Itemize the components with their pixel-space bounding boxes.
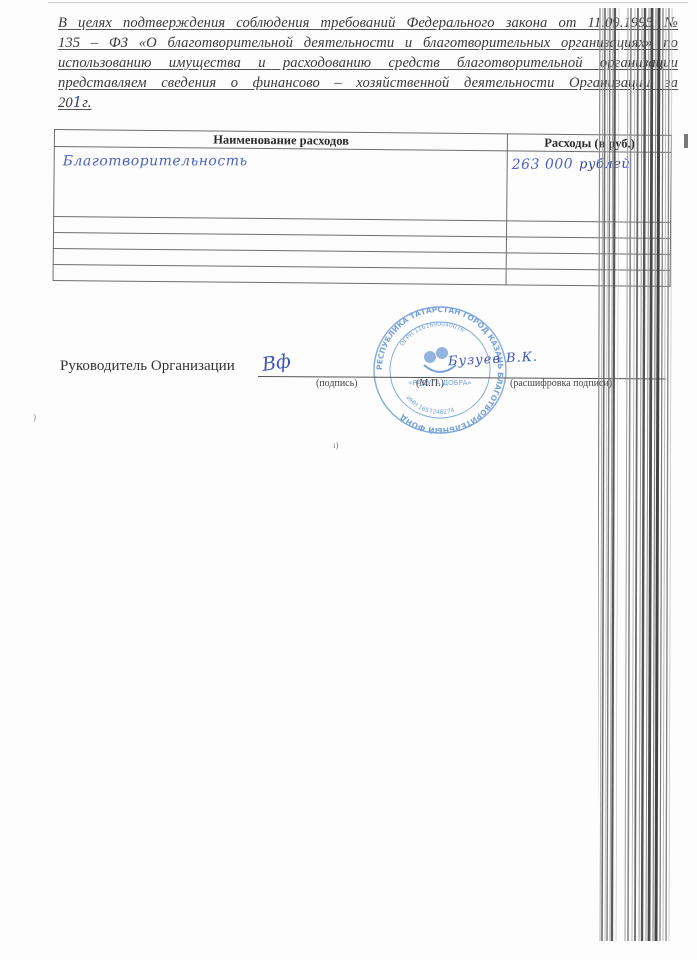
scan-mark (684, 134, 688, 148)
scanner-streak-artifact (598, 8, 688, 941)
intro-line-4: представляем сведения о финансово – хозя… (58, 73, 678, 93)
expense-table: Наименование расходов Расходы (в руб.) Б… (53, 129, 672, 287)
empty-cell (53, 264, 507, 284)
intro-paragraph: В целях подтверждения соблюдения требова… (58, 13, 678, 113)
caption-seal: (М.П.) (416, 378, 444, 389)
scan-speck: ı) (333, 440, 339, 450)
year-handwritten: 1 (73, 94, 82, 111)
scan-top-edge (48, 2, 688, 3)
signature-label: Руководитель Организации (60, 358, 235, 375)
amount-value: 263 000 (512, 156, 574, 173)
svg-text:ОГРН 1161690040076: ОГРН 1161690040076 (399, 321, 466, 348)
caption-decode: (расшифровка подписи) (510, 378, 612, 389)
caption-signature: (подпись) (316, 378, 358, 389)
year-suffix: г. (82, 95, 91, 111)
scan-speck: ) (33, 412, 36, 422)
year-prefix: 20 (58, 95, 73, 111)
handwritten-signature: Вф (261, 350, 293, 376)
stamp-ogrn: ОГРН 1161690040076 (399, 321, 466, 348)
signature-block: Руководитель Организации Вф Бузуев В.К. … (58, 358, 668, 398)
intro-line-2: 135 – ФЗ «О благотворительной деятельнос… (58, 33, 678, 53)
intro-year-line: 201г. (58, 93, 678, 113)
table-row: Благотворительность 263 000рублей (54, 147, 672, 223)
handwritten-expense-name: Благотворительность (55, 149, 507, 169)
intro-line-3: использованию имущества и расходованию с… (58, 53, 678, 73)
cell-expense-name: Благотворительность (54, 147, 508, 221)
intro-line-1: В целях подтверждения соблюдения требова… (58, 13, 678, 33)
